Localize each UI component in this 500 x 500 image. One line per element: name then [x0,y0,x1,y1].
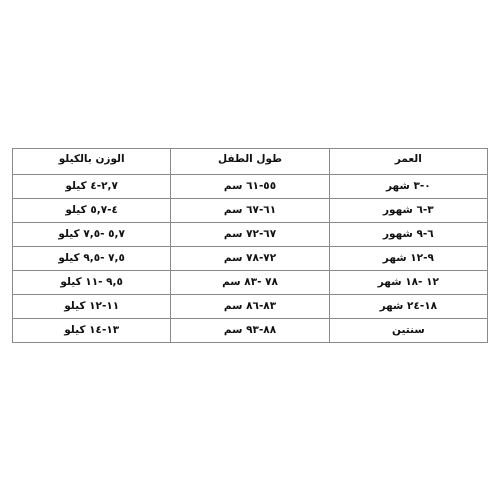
table-row: سنتين ٨٨-٩٣ سم ١٣-١٤ كيلو [13,319,488,343]
growth-table-container: العمر طول الطفل الوزن بالكيلو ٠-٣ شهر ٥٥… [12,148,488,343]
cell-height: ٨٣-٨٦ سم [171,295,329,319]
cell-age: سنتين [329,319,487,343]
cell-height: ٦٧-٧٢ سم [171,223,329,247]
cell-age: ٩-١٢ شهر [329,247,487,271]
cell-age: ١٢ -١٨ شهر [329,271,487,295]
cell-weight: ١٣-١٤ كيلو [13,319,171,343]
cell-weight: ٢,٧-٤ كيلو [13,175,171,199]
cell-weight: ٥,٧ -٧,٥ كيلو [13,223,171,247]
header-age: العمر [329,149,487,175]
cell-weight: ٤-٥,٧ كيلو [13,199,171,223]
cell-age: ٠-٣ شهر [329,175,487,199]
table-row: ١٨-٢٤ شهر ٨٣-٨٦ سم ١١-١٢ كيلو [13,295,488,319]
cell-height: ٧٢-٧٨ سم [171,247,329,271]
cell-weight: ٧,٥ -٩,٥ كيلو [13,247,171,271]
table-row: ٦-٩ شهور ٦٧-٧٢ سم ٥,٧ -٧,٥ كيلو [13,223,488,247]
child-growth-table: العمر طول الطفل الوزن بالكيلو ٠-٣ شهر ٥٥… [12,148,488,343]
cell-height: ٦١-٦٧ سم [171,199,329,223]
table-header-row: العمر طول الطفل الوزن بالكيلو [13,149,488,175]
cell-height: ٧٨ -٨٣ سم [171,271,329,295]
header-weight: الوزن بالكيلو [13,149,171,175]
cell-age: ١٨-٢٤ شهر [329,295,487,319]
cell-age: ٣-٦ شهور [329,199,487,223]
cell-weight: ١١-١٢ كيلو [13,295,171,319]
header-height: طول الطفل [171,149,329,175]
table-row: ٩-١٢ شهر ٧٢-٧٨ سم ٧,٥ -٩,٥ كيلو [13,247,488,271]
table-row: ١٢ -١٨ شهر ٧٨ -٨٣ سم ٩,٥ -١١ كيلو [13,271,488,295]
cell-height: ٨٨-٩٣ سم [171,319,329,343]
cell-age: ٦-٩ شهور [329,223,487,247]
table-row: ٠-٣ شهر ٥٥-٦١ سم ٢,٧-٤ كيلو [13,175,488,199]
cell-weight: ٩,٥ -١١ كيلو [13,271,171,295]
table-row: ٣-٦ شهور ٦١-٦٧ سم ٤-٥,٧ كيلو [13,199,488,223]
cell-height: ٥٥-٦١ سم [171,175,329,199]
